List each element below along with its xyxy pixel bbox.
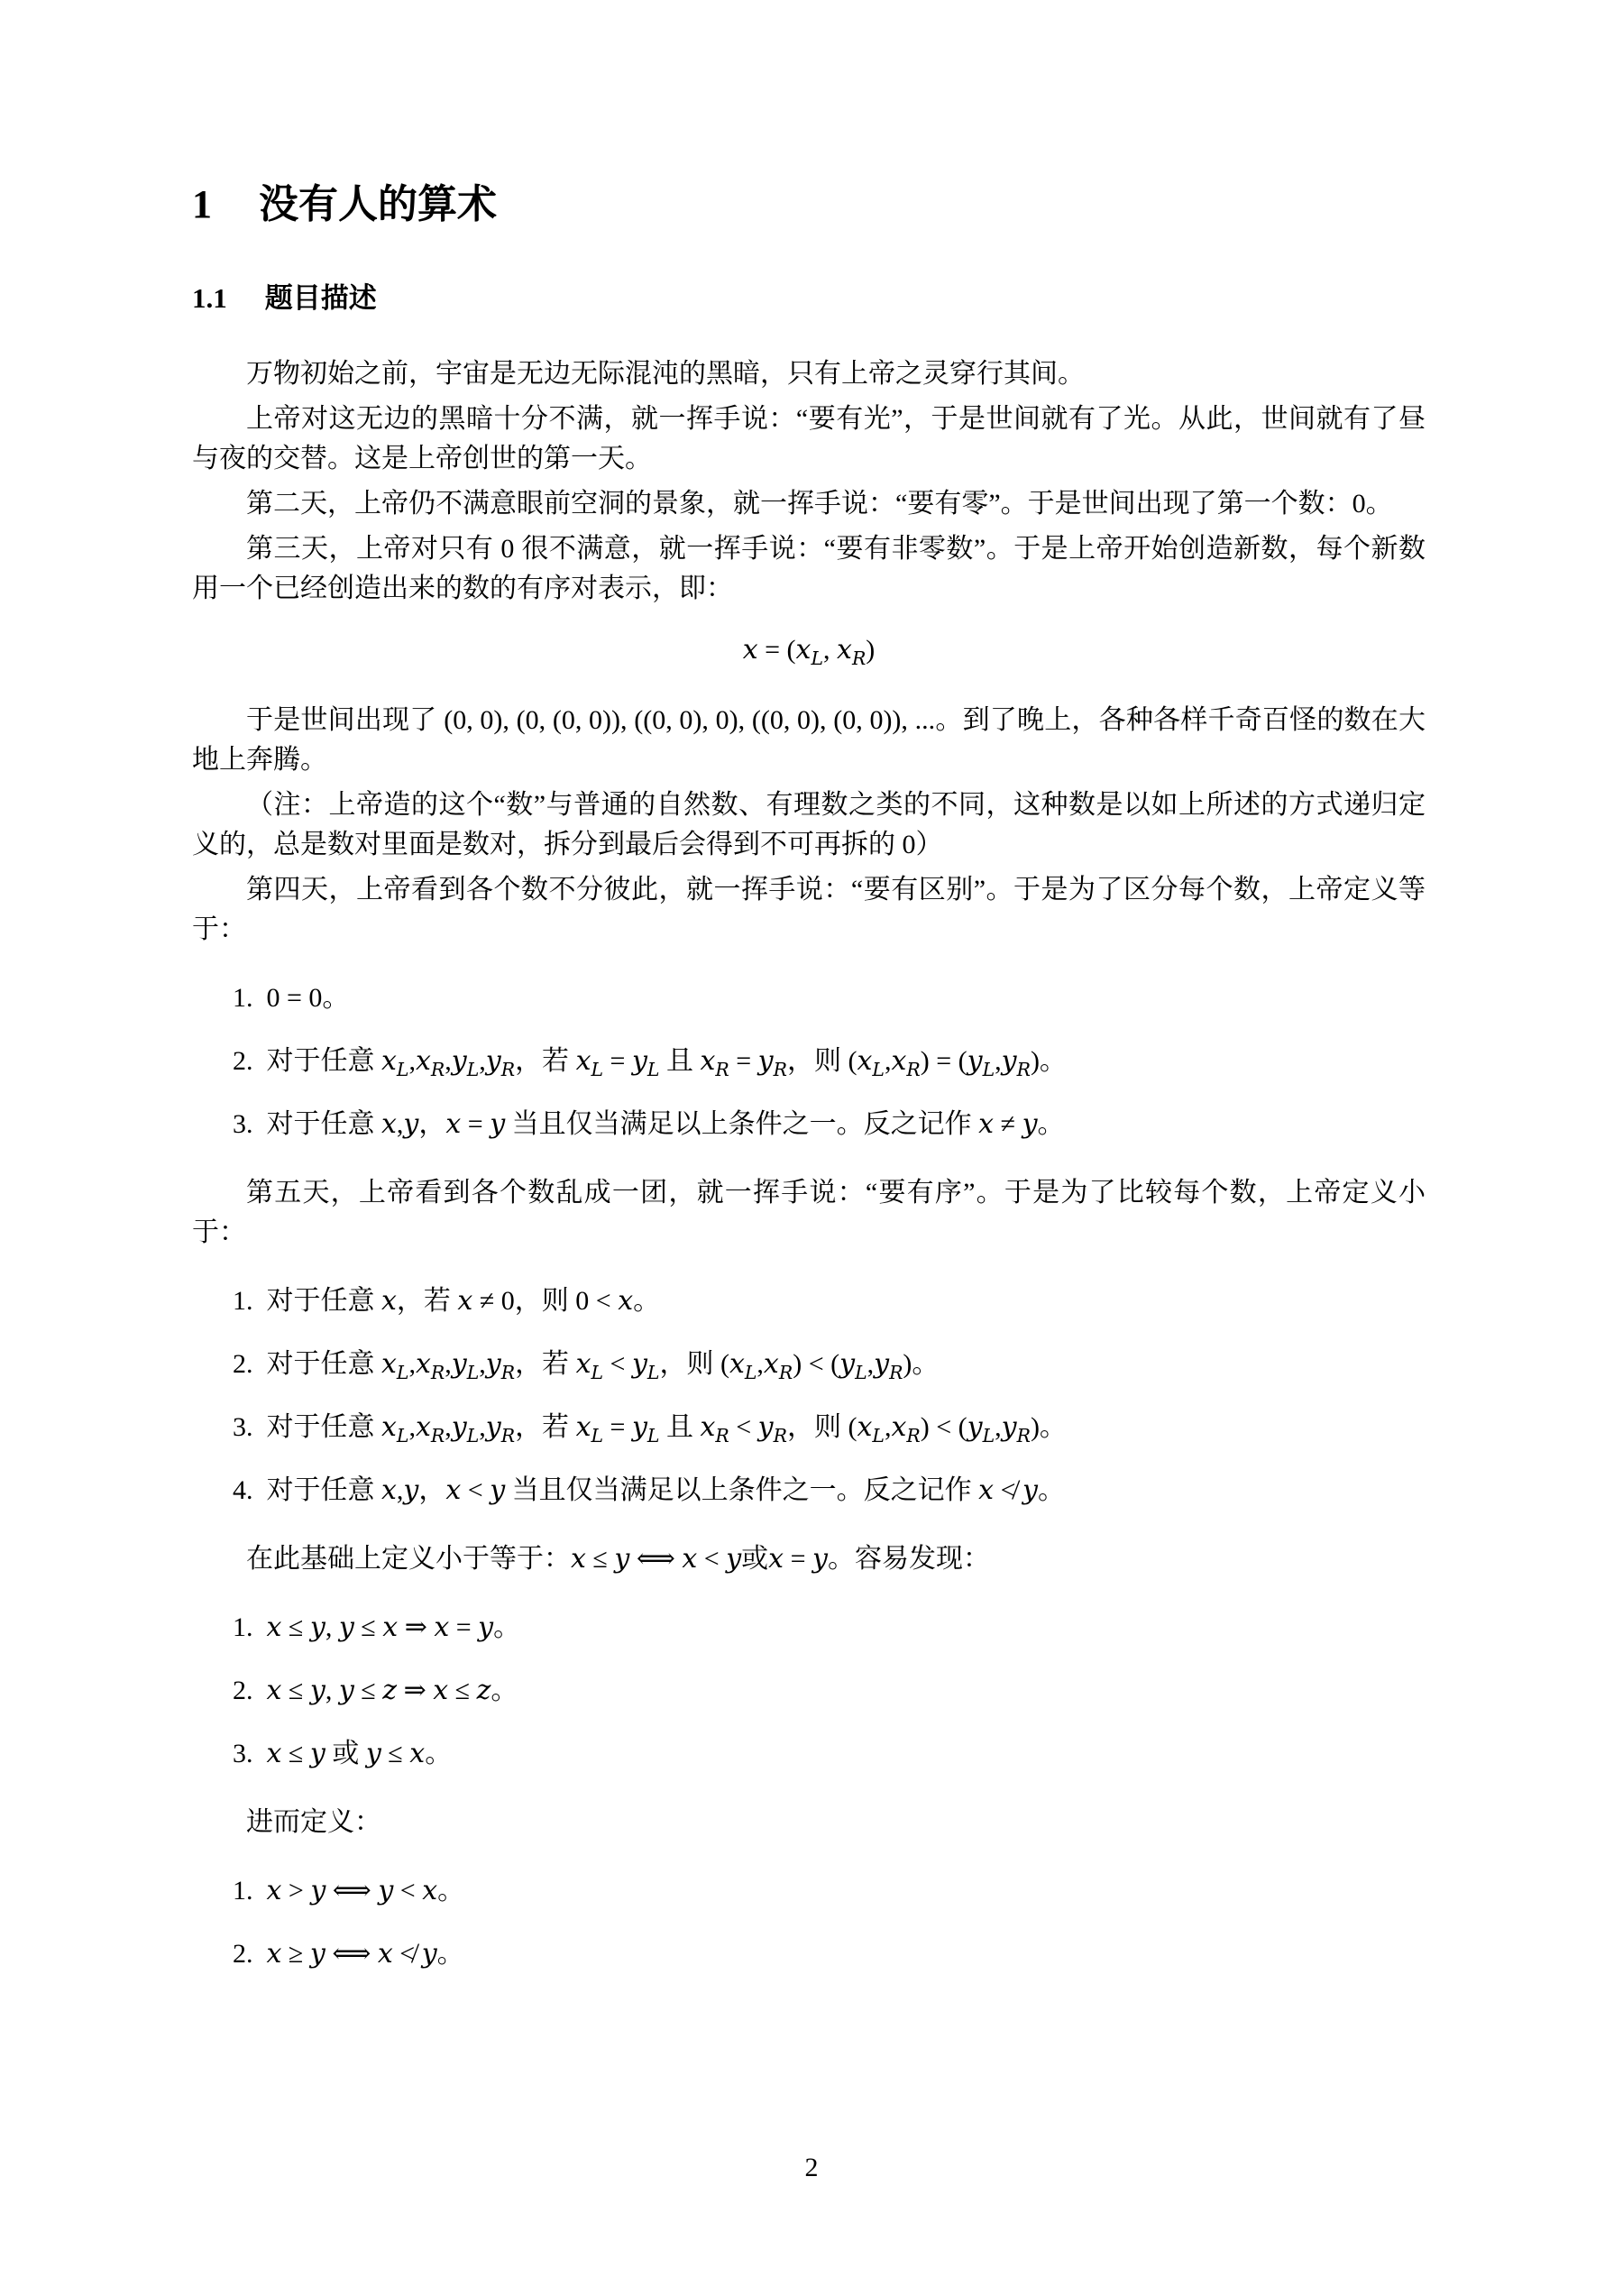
list-item-number: 2. bbox=[233, 1046, 253, 1076]
section-number: 1 bbox=[192, 182, 212, 226]
list-item: 3.对于任意 x,y，x = y 当且仅当满足以上条件之一。反之记作 x ≠ y… bbox=[233, 1105, 1426, 1144]
list-item-number: 1. bbox=[233, 1612, 253, 1642]
list-item-number: 3. bbox=[233, 1412, 253, 1442]
list-item-text: 对于任意 xL,xR,yL,yR，若 xL < yL，则 (xL,xR) < (… bbox=[267, 1349, 940, 1379]
document-page: 1没有人的算术 1.1题目描述 万物初始之前，宇宙是无边无际混沌的黑暗，只有上帝… bbox=[0, 0, 1623, 2296]
list-item: 3.对于任意 xL,xR,yL,yR，若 xL = yL 且 xR < yR，则… bbox=[233, 1408, 1426, 1447]
paragraph-numbers-appear: 于是世间出现了 (0, 0), (0, (0, 0)), ((0, 0), 0)… bbox=[192, 701, 1426, 780]
list-item-number: 2. bbox=[233, 1939, 253, 1969]
derived-definitions-list: 1.x > y ⟺ y < x。 2.x ≥ y ⟺ x ≮ y。 bbox=[192, 1871, 1426, 1974]
paragraph-day2-zero: 第二天，上帝仍不满意眼前空洞的景象，就一挥手说：“要有零”。于是世间出现了第一个… bbox=[192, 484, 1426, 524]
paragraph-day3-nonzero: 第三天，上帝对只有 0 很不满意，就一挥手说：“要有非零数”。于是上帝开始创造新… bbox=[192, 529, 1426, 609]
list-item: 1.x > y ⟺ y < x。 bbox=[233, 1871, 1426, 1911]
list-item-text: x ≤ y, y ≤ x ⇒ x = y。 bbox=[267, 1612, 521, 1642]
list-item-number: 4. bbox=[233, 1475, 253, 1505]
list-item-number: 1. bbox=[233, 983, 253, 1013]
equality-rules-list: 1.0 = 0。 2.对于任意 xL,xR,yL,yR，若 xL = yL 且 … bbox=[192, 978, 1426, 1144]
list-item: 4.对于任意 x,y，x < y 当且仅当满足以上条件之一。反之记作 x ≮ y… bbox=[233, 1471, 1426, 1511]
paragraph-note: （注：上帝造的这个“数”与普通的自然数、有理数之类的不同，这种数是以如上所述的方… bbox=[192, 785, 1426, 865]
list-item-text: 对于任意 x,y，x = y 当且仅当满足以上条件之一。反之记作 x ≠ y。 bbox=[267, 1109, 1065, 1139]
list-item: 1.x ≤ y, y ≤ x ⇒ x = y。 bbox=[233, 1608, 1426, 1648]
less-than-rules-list: 1.对于任意 x，若 x ≠ 0，则 0 < x。 2.对于任意 xL,xR,y… bbox=[192, 1281, 1426, 1511]
subsection-heading: 1.1题目描述 bbox=[192, 282, 1426, 315]
display-formula-pair: x = (xL, xR) bbox=[192, 630, 1426, 670]
list-item-number: 1. bbox=[233, 1876, 253, 1906]
list-item: 2.对于任意 xL,xR,yL,yR，若 xL < yL，则 (xL,xR) <… bbox=[233, 1345, 1426, 1384]
subsection-number: 1.1 bbox=[192, 282, 227, 314]
list-item-number: 1. bbox=[233, 1286, 253, 1316]
paragraph-leq-definition: 在此基础上定义小于等于：x ≤ y ⟺ x < y或x = y。容易发现： bbox=[192, 1539, 1426, 1579]
list-item-text: 对于任意 xL,xR,yL,yR，若 xL = yL 且 xR < yR，则 (… bbox=[267, 1412, 1067, 1442]
list-item-number: 2. bbox=[233, 1349, 253, 1379]
section-title: 没有人的算术 bbox=[259, 182, 497, 226]
list-item-number: 3. bbox=[233, 1109, 253, 1139]
list-item: 1.0 = 0。 bbox=[233, 978, 1426, 1018]
paragraph-further-define: 进而定义： bbox=[192, 1803, 1426, 1842]
list-item-text: x ≥ y ⟺ x ≮ y。 bbox=[267, 1939, 464, 1969]
list-item-text: x > y ⟺ y < x。 bbox=[267, 1876, 465, 1906]
list-item-text: 对于任意 x，若 x ≠ 0，则 0 < x。 bbox=[267, 1286, 661, 1316]
list-item: 1.对于任意 x，若 x ≠ 0，则 0 < x。 bbox=[233, 1281, 1426, 1321]
subsection-title: 题目描述 bbox=[265, 282, 377, 314]
list-item: 2.对于任意 xL,xR,yL,yR，若 xL = yL 且 xR = yR，则… bbox=[233, 1042, 1426, 1081]
list-item-text: 0 = 0。 bbox=[267, 983, 350, 1013]
paragraph-day1-light: 上帝对这无边的黑暗十分不满，就一挥手说：“要有光”，于是世间就有了光。从此，世间… bbox=[192, 400, 1426, 479]
list-item-text: 对于任意 xL,xR,yL,yR，若 xL = yL 且 xR = yR，则 (… bbox=[267, 1046, 1067, 1076]
list-item-text: x ≤ y 或 y ≤ x。 bbox=[267, 1739, 453, 1768]
list-item: 2.x ≤ y, y ≤ z ⇒ x ≤ z。 bbox=[233, 1671, 1426, 1711]
list-item: 3.x ≤ y 或 y ≤ x。 bbox=[233, 1734, 1426, 1774]
leq-properties-list: 1.x ≤ y, y ≤ x ⇒ x = y。 2.x ≤ y, y ≤ z ⇒… bbox=[192, 1608, 1426, 1774]
paragraph-day4-equality: 第四天，上帝看到各个数不分彼此，就一挥手说：“要有区别”。于是为了区分每个数，上… bbox=[192, 870, 1426, 950]
list-item-number: 3. bbox=[233, 1739, 253, 1768]
list-item-number: 2. bbox=[233, 1676, 253, 1705]
text-block: 1没有人的算术 1.1题目描述 万物初始之前，宇宙是无边无际混沌的黑暗，只有上帝… bbox=[192, 183, 1426, 2003]
paragraph-day5-order: 第五天，上帝看到各个数乱成一团，就一挥手说：“要有序”。于是为了比较每个数，上帝… bbox=[192, 1173, 1426, 1253]
list-item-text: 对于任意 x,y，x < y 当且仅当满足以上条件之一。反之记作 x ≮ y。 bbox=[267, 1475, 1065, 1505]
page-number: 2 bbox=[0, 2152, 1623, 2184]
section-heading: 1没有人的算术 bbox=[192, 183, 1426, 226]
paragraph-genesis: 万物初始之前，宇宙是无边无际混沌的黑暗，只有上帝之灵穿行其间。 bbox=[192, 354, 1426, 394]
list-item-text: x ≤ y, y ≤ z ⇒ x ≤ z。 bbox=[267, 1676, 518, 1705]
list-item: 2.x ≥ y ⟺ x ≮ y。 bbox=[233, 1934, 1426, 1974]
